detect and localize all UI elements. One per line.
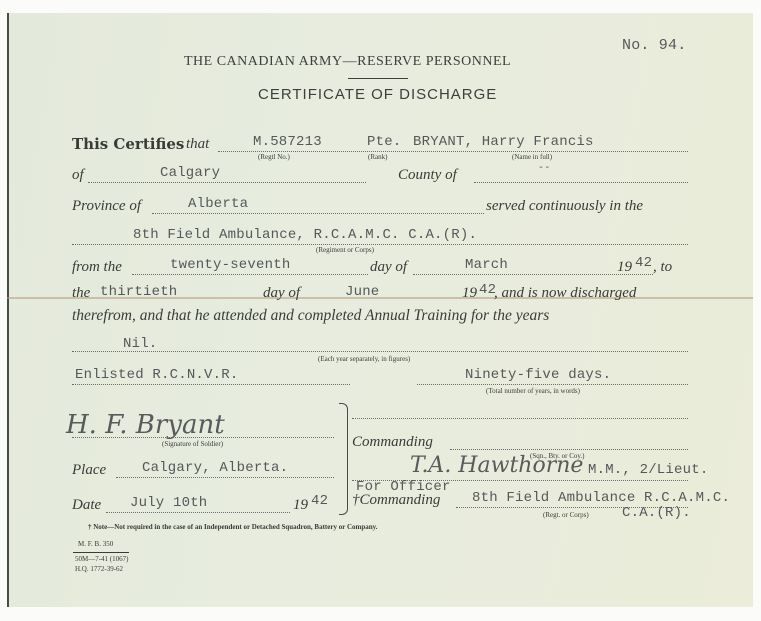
from-month: March xyxy=(465,257,508,273)
province: Alberta xyxy=(188,196,248,212)
header-army: THE CANADIAN ARMY—RESERVE PERSONNEL xyxy=(184,54,511,70)
officer-rank: M.M., 2/Lieut. xyxy=(588,462,708,478)
from-year-prefix: 19 xyxy=(617,259,632,276)
regtl-no-label: (Regtl No.) xyxy=(258,153,290,161)
from-year: 42 xyxy=(635,255,652,271)
line-place xyxy=(116,477,334,478)
to-day-of-label: day of xyxy=(263,285,300,302)
officer-signature: T.A. Hawthorne xyxy=(410,453,583,478)
date-year: 42 xyxy=(311,493,328,509)
county-label: County of xyxy=(398,167,457,184)
officer-unit-line2: C.A.(R). xyxy=(622,505,691,521)
commanding2-label: †Commanding xyxy=(352,492,440,509)
from-day: twenty-seventh xyxy=(170,257,290,273)
to-day: thirtieth xyxy=(100,284,177,300)
training-years: Nil. xyxy=(123,336,157,352)
training-sentence: therefrom, and that he attended and comp… xyxy=(72,307,549,325)
hq-code: H.Q. 1772-39-62 xyxy=(75,565,123,573)
city: Calgary xyxy=(160,165,220,181)
print-code: 50M—7-41 (1067) xyxy=(75,555,128,563)
unit-label: (Regiment or Corps) xyxy=(316,246,374,254)
line-from-day xyxy=(132,274,368,275)
to-year-prefix: 19 xyxy=(462,285,477,302)
line-unit-commanding xyxy=(352,418,688,419)
enlisted-note: Enlisted R.C.N.V.R. xyxy=(75,367,238,383)
to-label: , to xyxy=(653,259,672,276)
date-year-prefix: 19 xyxy=(293,497,308,514)
the-label: the xyxy=(72,285,90,302)
served-label: served continuously in the xyxy=(486,198,643,215)
line-county xyxy=(474,182,688,183)
unit: 8th Field Ambulance, R.C.A.M.C. C.A.(R). xyxy=(133,227,477,243)
line-province xyxy=(152,213,484,214)
line-enlisted xyxy=(72,384,350,385)
line-city xyxy=(88,182,366,183)
this-certifies-label: This Certifies xyxy=(72,135,184,153)
total-service-label: (Total number of years, in words) xyxy=(486,387,580,395)
line-unit xyxy=(72,244,688,245)
date-label: Date xyxy=(72,497,101,514)
full-name: BRYANT, Harry Francis xyxy=(413,134,594,150)
training-years-label: (Each year separately, in figures) xyxy=(318,355,410,363)
rank-label: (Rank) xyxy=(368,153,387,161)
soldier-signature-label: (Signature of Soldier) xyxy=(162,440,223,448)
place-label: Place xyxy=(72,462,106,479)
soldier-signature: H. F. Bryant xyxy=(66,410,225,440)
discharged-label: , and is now discharged xyxy=(494,285,636,302)
province-label: Province of xyxy=(72,198,141,215)
certificate-title: CERTIFICATE OF DISCHARGE xyxy=(258,86,497,103)
officer-unit: 8th Field Ambulance R.C.A.M.C. xyxy=(472,490,730,506)
total-service: Ninety-five days. xyxy=(465,367,611,383)
line-commanding xyxy=(450,449,688,450)
footer-rule xyxy=(73,552,129,553)
certificate-number: No. 94. xyxy=(622,37,686,54)
to-month: June xyxy=(345,284,379,300)
rank: Pte. xyxy=(367,134,401,150)
header-rule xyxy=(348,78,408,79)
date: July 10th xyxy=(130,495,207,511)
line-total-service xyxy=(417,384,688,385)
line-training-years xyxy=(72,351,688,352)
regimental-number: M.587213 xyxy=(253,134,322,150)
place: Calgary, Alberta. xyxy=(142,460,288,476)
day-of-label: day of xyxy=(370,259,407,276)
signature-bracket xyxy=(339,403,348,515)
form-number: M. F. B. 350 xyxy=(78,540,113,548)
that-label: that xyxy=(186,136,209,153)
line-soldier-signature xyxy=(72,437,334,438)
officer-unit-label: (Regt. or Corps) xyxy=(543,511,589,519)
name-label: (Name in full) xyxy=(512,153,552,161)
of-label: of xyxy=(72,167,84,184)
county: -- xyxy=(538,163,550,174)
from-label: from the xyxy=(72,259,122,276)
footnote: † Note—Not required in the case of an In… xyxy=(88,523,377,531)
line-name xyxy=(218,151,688,152)
line-date xyxy=(106,512,290,513)
commanding-label: Commanding xyxy=(352,434,433,451)
